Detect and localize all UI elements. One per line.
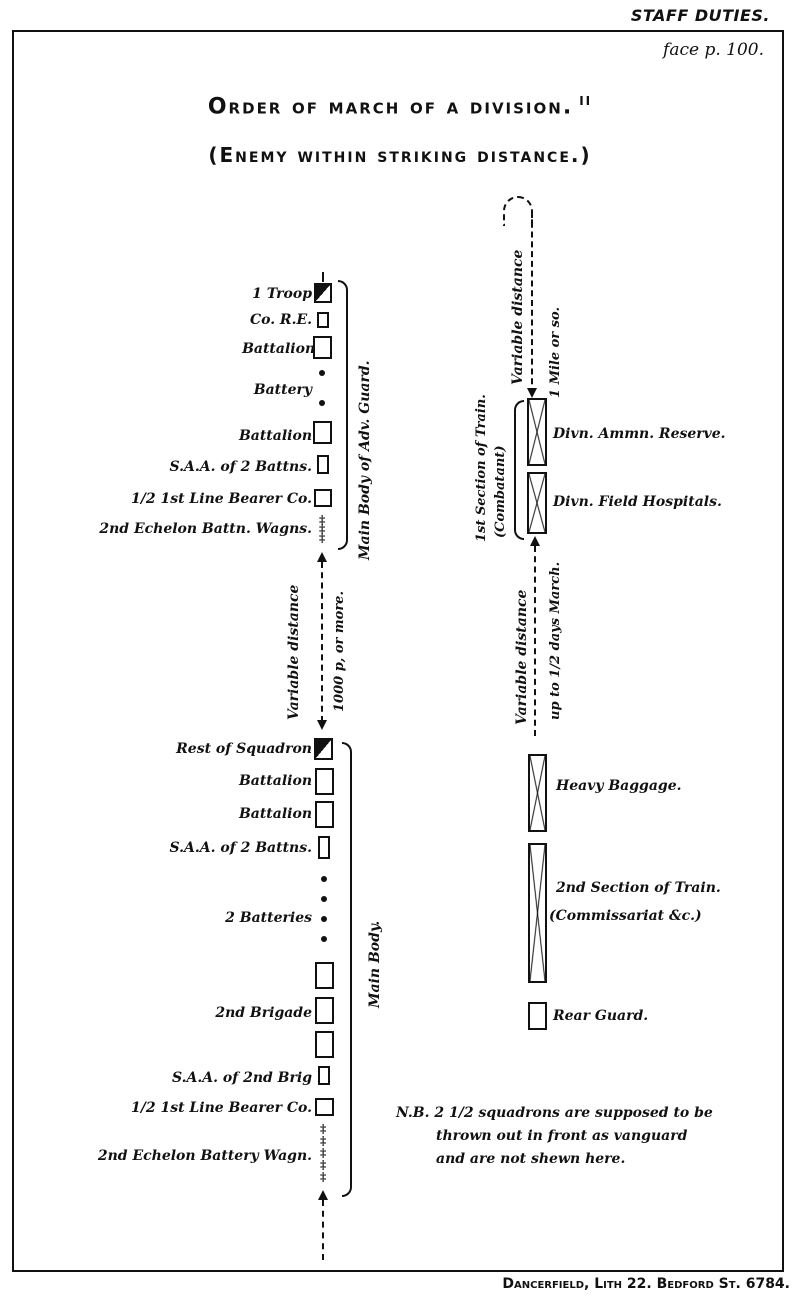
- arrow-up-icon: [318, 1190, 328, 1200]
- printer-imprint: Dancerfield, Lith 22. Bedford St. 6784.: [502, 1276, 790, 1292]
- unit-label: Co. R.E.: [250, 312, 312, 328]
- brace-label-first-section: 1st Section of Train.: [474, 394, 489, 542]
- engineers-icon: [317, 312, 329, 328]
- arrow-up-icon: [530, 536, 540, 546]
- unit-label: Battalion.: [242, 341, 320, 357]
- cavalry-icon: [314, 283, 332, 303]
- unit-label: 2nd Section of Train.: [556, 880, 721, 896]
- gun-icon: [321, 936, 327, 942]
- unit-label-secondary: (Commissariat &c.): [549, 908, 702, 924]
- unit-label: Divn. Field Hospitals.: [553, 494, 722, 510]
- unit-label: Divn. Ammn. Reserve.: [553, 426, 726, 442]
- march-direction-line: [322, 1200, 324, 1260]
- unit-label: Battalion: [239, 773, 312, 789]
- series-title: STAFF DUTIES.: [631, 6, 770, 25]
- gun-icon: [319, 400, 325, 406]
- battalion-icon: [315, 1031, 334, 1058]
- adv-guard-brace: [338, 280, 348, 550]
- heavy-baggage-icon: [528, 754, 547, 832]
- title-text: Order of march of a division.: [208, 94, 573, 119]
- footnote-line: and are not shewn here.: [396, 1148, 713, 1171]
- diagram-title: Order of march of a division.II: [0, 94, 800, 119]
- unit-label: 1 Troop: [252, 286, 312, 302]
- bearer-company-icon: [315, 1098, 334, 1116]
- brace-label-main-body: Main Body.: [367, 921, 383, 1008]
- battalion-icon: [315, 962, 334, 989]
- diagram-subtitle: (Enemy within striking distance.): [0, 143, 800, 167]
- unit-label: Heavy Baggage.: [556, 778, 681, 794]
- unit-label: Battalion: [239, 428, 312, 444]
- unit-label: Rear Guard.: [553, 1008, 648, 1024]
- page-reference: face p. 100.: [663, 40, 764, 60]
- plate-frame: [12, 30, 784, 1272]
- unit-label: 2nd Echelon Battn. Wagns.: [99, 521, 312, 537]
- arrow-down-icon: [317, 720, 327, 730]
- brace-label-combatant: (Combatant): [493, 446, 508, 538]
- distance-line: [534, 546, 536, 736]
- unit-label: 2 Batteries: [225, 910, 312, 926]
- main-body-brace: [342, 742, 352, 1197]
- unit-label: S.A.A. of 2 Battns.: [170, 840, 312, 856]
- unit-label: 1/2 1st Line Bearer Co.: [131, 1100, 312, 1116]
- rear-guard-icon: [528, 1002, 547, 1030]
- gun-icon: [319, 370, 325, 376]
- footnote-line: thrown out in front as vanguard: [396, 1125, 713, 1148]
- field-hospital-icon: [527, 472, 547, 534]
- commissariat-train-icon: [528, 843, 547, 983]
- bearer-company-icon: [314, 489, 332, 507]
- unit-label: Rest of Squadron: [176, 741, 312, 757]
- arrow-down-icon: [527, 388, 537, 398]
- unit-label: Battalion: [239, 806, 312, 822]
- wagons-icon: ‡‡‡‡‡: [320, 1123, 326, 1183]
- gap-label-variable: Variable distance: [510, 250, 526, 385]
- gun-icon: [321, 876, 327, 882]
- plate-number: II: [579, 94, 592, 108]
- footnote: N.B. 2 1/2 squadrons are supposed to be …: [396, 1102, 713, 1171]
- battalion-icon: [313, 336, 332, 359]
- ammunition-reserve-icon: [527, 398, 547, 466]
- brace-label-adv-guard: Main Body of Adv. Guard.: [357, 360, 373, 560]
- gap-label-distance: up to 1/2 days March.: [548, 562, 563, 720]
- unit-label: 1/2 1st Line Bearer Co.: [131, 491, 312, 507]
- unit-label: Battery: [254, 382, 312, 398]
- first-section-brace: [514, 400, 524, 540]
- gap-label-variable: Variable distance: [514, 590, 530, 725]
- distance-line: [321, 562, 323, 722]
- wagons-icon: ‡‡‡: [319, 516, 325, 543]
- gap-label-variable: Variable distance: [286, 585, 302, 720]
- ammunition-icon: [318, 836, 330, 859]
- unit-label: S.A.A. of 2nd Brig: [172, 1070, 312, 1086]
- ammunition-icon: [318, 1066, 330, 1085]
- unit-label: 2nd Brigade: [215, 1005, 312, 1021]
- arrow-up-icon: [317, 552, 327, 562]
- cavalry-icon: [314, 738, 333, 760]
- loop-arrow-icon: [503, 196, 533, 226]
- battalion-icon: [315, 997, 334, 1024]
- battalion-icon: [315, 768, 334, 795]
- unit-label: 2nd Echelon Battery Wagn.: [98, 1148, 312, 1164]
- pennant-icon: [322, 272, 324, 282]
- battalion-icon: [313, 421, 332, 444]
- distance-line: [531, 212, 533, 394]
- gun-icon: [321, 896, 327, 902]
- gun-icon: [321, 916, 327, 922]
- gap-label-distance: 1 Mile or so.: [548, 307, 563, 398]
- unit-label: S.A.A. of 2 Battns.: [170, 459, 312, 475]
- ammunition-icon: [317, 455, 329, 474]
- battalion-icon: [315, 801, 334, 828]
- gap-label-distance: 1000 p, or more.: [332, 591, 347, 712]
- footnote-line: N.B. 2 1/2 squadrons are supposed to be: [396, 1102, 713, 1125]
